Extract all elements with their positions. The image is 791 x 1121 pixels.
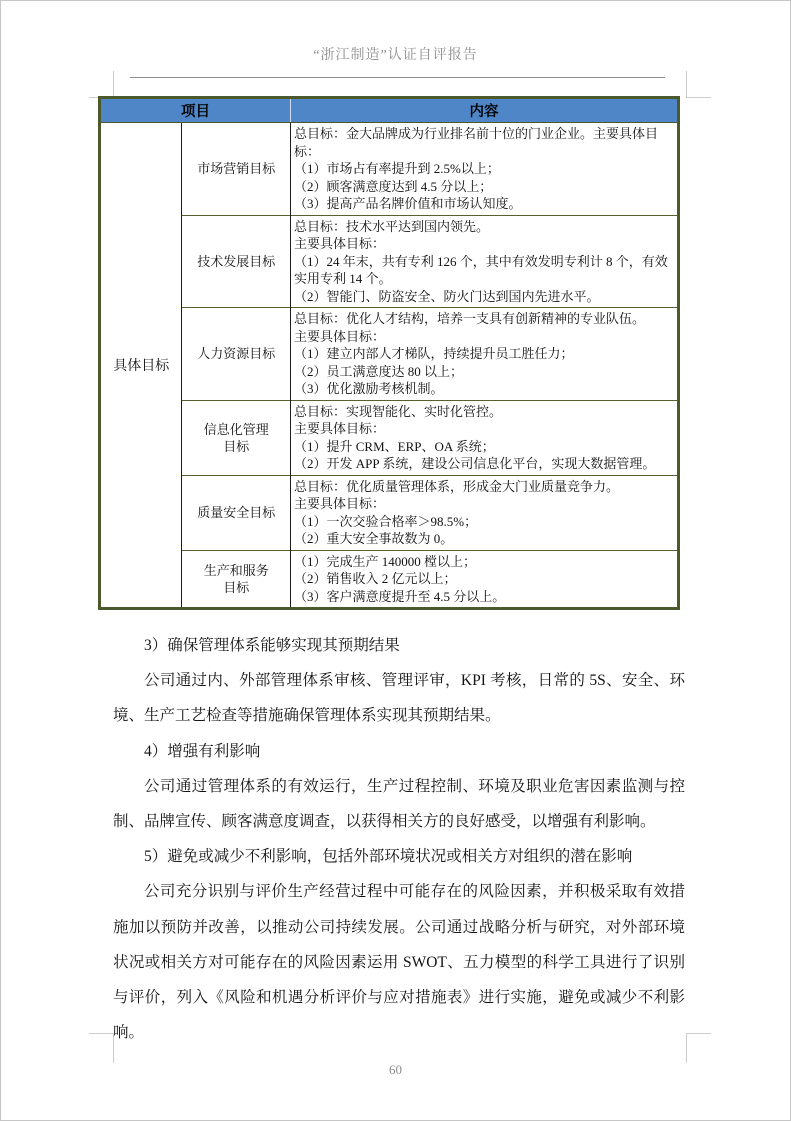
cell-line: （3）客户满意度提升至 4.5 分以上。 [294, 588, 674, 606]
table-row: 技术发展目标 总目标：技术水平达到国内领先。 主要具体目标： （1）24 年末，… [100, 215, 679, 308]
row-content: 总目标：优化人才结构，培养一支具有创新精神的专业队伍。 主要具体目标： （1）建… [290, 308, 678, 401]
row-content: （1）完成生产 140000 樘以上； （2）销售收入 2 亿元以上； （3）客… [290, 550, 678, 609]
cell-line: 主要具体目标： [294, 328, 674, 346]
body-text: 3）确保管理体系能够实现其预期结果 公司通过内、外部管理体系审核、管理评审，KP… [113, 628, 685, 1050]
row-label: 人力资源目标 [182, 308, 291, 401]
body-paragraph: 5）避免或减少不利影响，包括外部环境状况或相关方对组织的潜在影响 [113, 839, 685, 874]
crop-mark-top-right-icon [686, 71, 711, 98]
column-header-project: 项目 [100, 98, 291, 123]
cell-line: （2）重大安全事故数为 0。 [294, 530, 674, 548]
body-paragraph: 公司充分识别与评价生产经营过程中可能存在的风险因素，并积极采取有效措施加以预防并… [113, 874, 685, 1050]
row-content: 总目标：优化质量管理体系，形成金大门业质量竞争力。 主要具体目标： （1）一次交… [290, 475, 678, 550]
row-content: 总目标：金大品牌成为行业排名前十位的门业企业。主要具体目标： （1）市场占有率提… [290, 123, 678, 216]
cell-line: 总目标：优化人才结构，培养一支具有创新精神的专业队伍。 [294, 310, 674, 328]
cell-line: （3）优化激励考核机制。 [294, 380, 674, 398]
row-label: 信息化管理 目标 [182, 400, 291, 475]
table-row: 信息化管理 目标 总目标：实现智能化、实时化管控。 主要具体目标： （1）提升 … [100, 400, 679, 475]
header-title: “浙江制造”认证自评报告 [1, 44, 790, 64]
table-row: 具体目标 市场营销目标 总目标：金大品牌成为行业排名前十位的门业企业。主要具体目… [100, 123, 679, 216]
row-label: 生产和服务 目标 [182, 550, 291, 609]
crop-mark-bottom-right-icon [686, 1033, 711, 1063]
cell-line: 总目标：技术水平达到国内领先。 [294, 218, 674, 236]
cell-line: （1）建立内部人才梯队，持续提升员工胜任力； [294, 345, 674, 363]
body-paragraph: 公司通过管理体系的有效运行，生产过程控制、环境及职业危害因素监测与控制、品牌宣传… [113, 769, 685, 839]
page-number: 60 [1, 1062, 790, 1078]
column-header-content: 内容 [290, 98, 678, 123]
cell-line: （2）员工满意度达 80 以上； [294, 363, 674, 381]
cell-line: 总目标：实现智能化、实时化管控。 [294, 403, 674, 421]
row-label: 技术发展目标 [182, 215, 291, 308]
table-row: 生产和服务 目标 （1）完成生产 140000 樘以上； （2）销售收入 2 亿… [100, 550, 679, 609]
goals-table: 项目 内容 具体目标 市场营销目标 总目标：金大品牌成为行业排名前十位的门业企业… [98, 96, 680, 610]
cell-line: 主要具体目标： [294, 235, 674, 253]
row-content: 总目标：实现智能化、实时化管控。 主要具体目标： （1）提升 CRM、ERP、O… [290, 400, 678, 475]
body-paragraph: 3）确保管理体系能够实现其预期结果 [113, 628, 685, 663]
crop-mark-top-left-icon [89, 71, 114, 98]
table-row: 人力资源目标 总目标：优化人才结构，培养一支具有创新精神的专业队伍。 主要具体目… [100, 308, 679, 401]
table-header-row: 项目 内容 [100, 98, 679, 123]
table-row: 质量安全目标 总目标：优化质量管理体系，形成金大门业质量竞争力。 主要具体目标：… [100, 475, 679, 550]
cell-line: （2）销售收入 2 亿元以上； [294, 570, 674, 588]
cell-line: （3）提高产品名牌价值和市场认知度。 [294, 195, 674, 213]
cell-line: （2）智能门、防盗安全、防火门达到国内先进水平。 [294, 288, 674, 306]
body-paragraph: 公司通过内、外部管理体系审核、管理评审，KPI 考核，日常的 5S、安全、环境、… [113, 663, 685, 733]
cell-line: （1）完成生产 140000 樘以上； [294, 553, 674, 571]
cell-line: 总目标：金大品牌成为行业排名前十位的门业企业。主要具体目标： [294, 125, 674, 160]
cell-line: 主要具体目标： [294, 420, 674, 438]
row-content: 总目标：技术水平达到国内领先。 主要具体目标： （1）24 年末，共有专利 12… [290, 215, 678, 308]
cell-line: （1）市场占有率提升到 2.5%以上； [294, 160, 674, 178]
cell-line: （1）一次交验合格率＞98.5%； [294, 513, 674, 531]
cell-line: （1）提升 CRM、ERP、OA 系统； [294, 438, 674, 456]
cell-line: （2）开发 APP 系统，建设公司信息化平台，实现大数据管理。 [294, 455, 674, 473]
crop-mark-bottom-left-icon [89, 1033, 114, 1063]
body-paragraph: 4）增强有利影响 [113, 734, 685, 769]
document-page: “浙江制造”认证自评报告 项目 内容 具体目标 市场营销目标 总目标：金大品牌成… [0, 0, 791, 1121]
cell-line: 总目标：优化质量管理体系，形成金大门业质量竞争力。 [294, 478, 674, 496]
row-label: 质量安全目标 [182, 475, 291, 550]
row-label: 市场营销目标 [182, 123, 291, 216]
cell-line: （2）顾客满意度达到 4.5 分以上； [294, 178, 674, 196]
header-rule [130, 77, 665, 78]
cell-line: 主要具体目标： [294, 495, 674, 513]
group-label-cell: 具体目标 [100, 123, 182, 609]
cell-line: （1）24 年末，共有专利 126 个，其中有效发明专利计 8 个，有效实用专利… [294, 253, 674, 288]
